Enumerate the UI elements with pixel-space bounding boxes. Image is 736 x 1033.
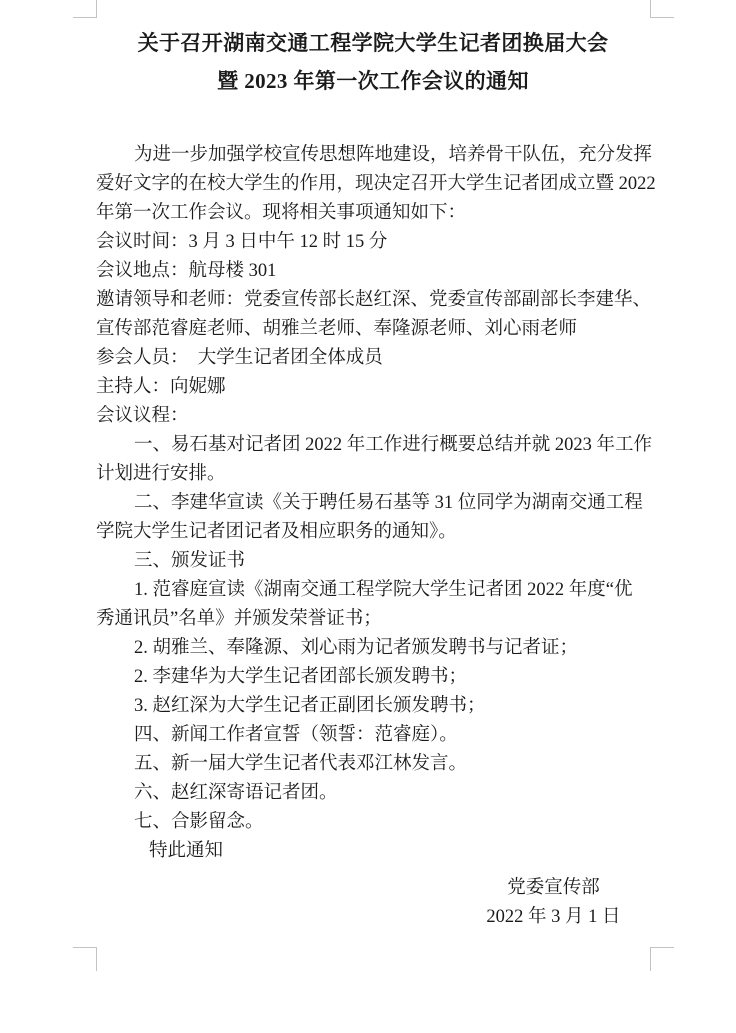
text-line: 三、颁发证书 (96, 547, 656, 576)
text-line: 学院大学生记者团记者及相应职务的通知》。 (96, 518, 656, 547)
title-line-2: 暨 2023 年第一次工作会议的通知 (96, 62, 650, 100)
signature-date: 2022 年 3 月 1 日 (427, 903, 680, 932)
document-page: 关于召开湖南交通工程学院大学生记者团换届大会 暨 2023 年第一次工作会议的通… (0, 0, 736, 1033)
crop-mark-bottom-right-icon (650, 947, 674, 971)
text-line: 邀请领导和老师：党委宣传部长赵红深、党委宣传部副部长李建华、 (96, 286, 656, 315)
text-line: 主持人：向妮娜 (96, 373, 656, 402)
crop-mark-bottom-left-icon (73, 947, 97, 971)
text-line: 特此通知 (96, 837, 656, 866)
text-line: 2. 李建华为大学生记者团部长颁发聘书； (96, 663, 656, 692)
text-line: 宣传部范睿庭老师、胡雅兰老师、奉隆源老师、刘心雨老师 (96, 315, 656, 344)
crop-mark-top-left-icon (73, 0, 97, 18)
title-line-1: 关于召开湖南交通工程学院大学生记者团换届大会 (96, 24, 650, 62)
text-line: 计划进行安排。 (96, 460, 656, 489)
text-line: 四、新闻工作者宣誓（领誓：范睿庭）。 (96, 721, 656, 750)
signature-block: 党委宣传部 2022 年 3 月 1 日 (427, 874, 680, 932)
text-line: 秀通讯员”名单》并颁发荣誉证书； (96, 605, 656, 634)
document-title: 关于召开湖南交通工程学院大学生记者团换届大会 暨 2023 年第一次工作会议的通… (96, 24, 650, 100)
text-line: 会议时间：3 月 3 日中午 12 时 15 分 (96, 228, 656, 257)
text-line: 1. 范睿庭宣读《湖南交通工程学院大学生记者团 2022 年度“优 (96, 576, 656, 605)
text-line: 参会人员： 大学生记者团全体成员 (96, 344, 656, 373)
document-body: 为进一步加强学校宣传思想阵地建设，培养骨干队伍，充分发挥爱好文字的在校大学生的作… (96, 141, 656, 866)
text-line: 年第一次工作会议。现将相关事项通知如下： (96, 199, 656, 228)
signature-org: 党委宣传部 (427, 874, 680, 903)
text-line: 为进一步加强学校宣传思想阵地建设，培养骨干队伍，充分发挥 (96, 141, 656, 170)
text-line: 会议地点：航母楼 301 (96, 257, 656, 286)
text-line: 五、新一届大学生记者代表邓江林发言。 (96, 750, 656, 779)
text-line: 2. 胡雅兰、奉隆源、刘心雨为记者颁发聘书与记者证； (96, 634, 656, 663)
text-line: 会议议程： (96, 402, 656, 431)
text-line: 七、合影留念。 (96, 808, 656, 837)
crop-mark-top-right-icon (650, 0, 674, 18)
text-line: 爱好文字的在校大学生的作用，现决定召开大学生记者团成立暨 2022 (96, 170, 656, 199)
text-line: 二、李建华宣读《关于聘任易石基等 31 位同学为湖南交通工程 (96, 489, 656, 518)
text-line: 3. 赵红深为大学生记者正副团长颁发聘书； (96, 692, 656, 721)
text-line: 六、赵红深寄语记者团。 (96, 779, 656, 808)
text-line: 一、易石基对记者团 2022 年工作进行概要总结并就 2023 年工作 (96, 431, 656, 460)
